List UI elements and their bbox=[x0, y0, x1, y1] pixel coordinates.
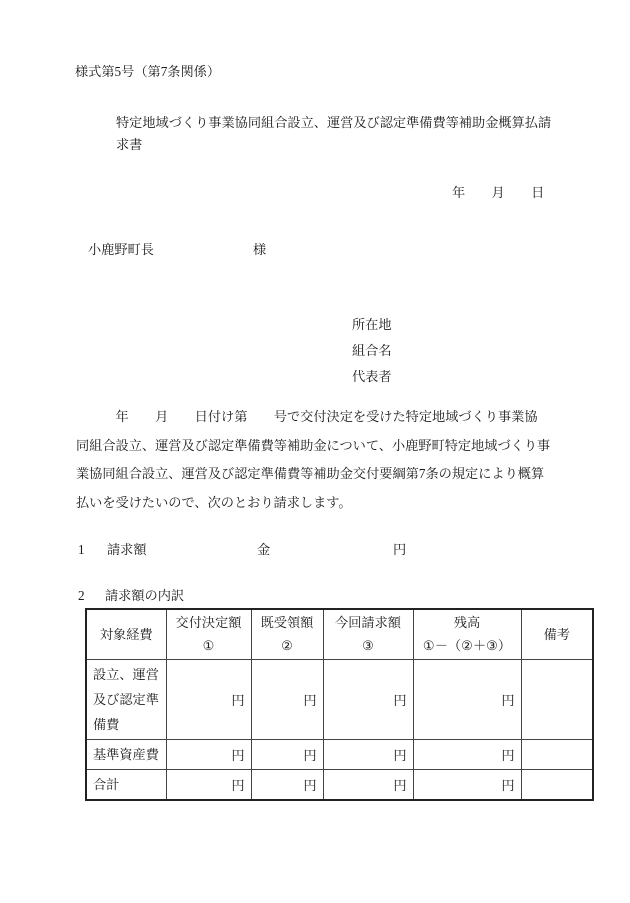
section1-label: 請求額 bbox=[107, 540, 147, 560]
remarks-cell bbox=[521, 769, 593, 800]
amount-cell: 円 bbox=[323, 769, 413, 800]
col-header-balance: 残高 ①－（②＋③） bbox=[413, 609, 521, 659]
row-label-total: 合計 bbox=[86, 769, 166, 800]
col-header-received-amount: 既受領額 ② bbox=[251, 609, 323, 659]
section1-number: 1 bbox=[78, 540, 85, 560]
section2-number: 2 bbox=[78, 586, 85, 606]
section2-label: 請求額の内訳 bbox=[105, 586, 184, 606]
form-number: 様式第5号（第7条関係） bbox=[75, 62, 220, 82]
amount-cell: 円 bbox=[323, 659, 413, 739]
amount-cell: 円 bbox=[166, 739, 251, 769]
remarks-cell bbox=[521, 659, 593, 739]
amount-cell: 円 bbox=[251, 769, 323, 800]
section1-currency-prefix: 金 bbox=[257, 540, 270, 560]
table-row: 設立、運営 及び認定準 備費 円 円 円 円 bbox=[86, 659, 593, 739]
amount-cell: 円 bbox=[413, 769, 521, 800]
table-header-row: 対象経費 交付決定額 ① 既受領額 ② 今回請求額 ③ 残高 ①－（②＋③） 備… bbox=[86, 609, 593, 659]
remarks-cell bbox=[521, 739, 593, 769]
amount-cell: 円 bbox=[251, 739, 323, 769]
breakdown-table: 対象経費 交付決定額 ① 既受領額 ② 今回請求額 ③ 残高 ①－（②＋③） 備… bbox=[85, 608, 594, 801]
row-label-standard-asset-cost: 基準資産費 bbox=[86, 739, 166, 769]
col-header-target-expense: 対象経費 bbox=[86, 609, 166, 659]
section1-currency-suffix: 円 bbox=[393, 540, 406, 560]
addressee-honorific: 様 bbox=[253, 240, 266, 260]
sender-fields: 所在地 組合名 代表者 bbox=[352, 312, 392, 390]
amount-cell: 円 bbox=[251, 659, 323, 739]
body-paragraph: 年 月 日付け第 号で交付決定を受けた特定地域づくり事業協 同組合設立、運営及び… bbox=[76, 403, 558, 518]
col-header-grant-decision-amount: 交付決定額 ① bbox=[166, 609, 251, 659]
amount-cell: 円 bbox=[166, 769, 251, 800]
table-row: 合計 円 円 円 円 bbox=[86, 769, 593, 800]
amount-cell: 円 bbox=[166, 659, 251, 739]
amount-cell: 円 bbox=[413, 659, 521, 739]
amount-cell: 円 bbox=[413, 739, 521, 769]
col-header-current-request-amount: 今回請求額 ③ bbox=[323, 609, 413, 659]
section1-row: 1 請求額 金 円 bbox=[78, 540, 558, 560]
table-row: 基準資産費 円 円 円 円 bbox=[86, 739, 593, 769]
addressee-row: 小鹿野町長 様 bbox=[88, 240, 388, 260]
amount-cell: 円 bbox=[323, 739, 413, 769]
addressee-name: 小鹿野町長 bbox=[88, 242, 154, 257]
document-title: 特定地域づくり事業協同組合設立、運営及び認定準備費等補助金概算払請 求書 bbox=[116, 112, 576, 156]
section2-row: 2 請求額の内訳 bbox=[78, 586, 558, 606]
row-label-establishment-operation: 設立、運営 及び認定準 備費 bbox=[86, 659, 166, 739]
col-header-remarks: 備考 bbox=[521, 609, 593, 659]
document-page: 様式第5号（第7条関係） 特定地域づくり事業協同組合設立、運営及び認定準備費等補… bbox=[0, 0, 630, 903]
date-line: 年 月 日 bbox=[452, 183, 544, 203]
